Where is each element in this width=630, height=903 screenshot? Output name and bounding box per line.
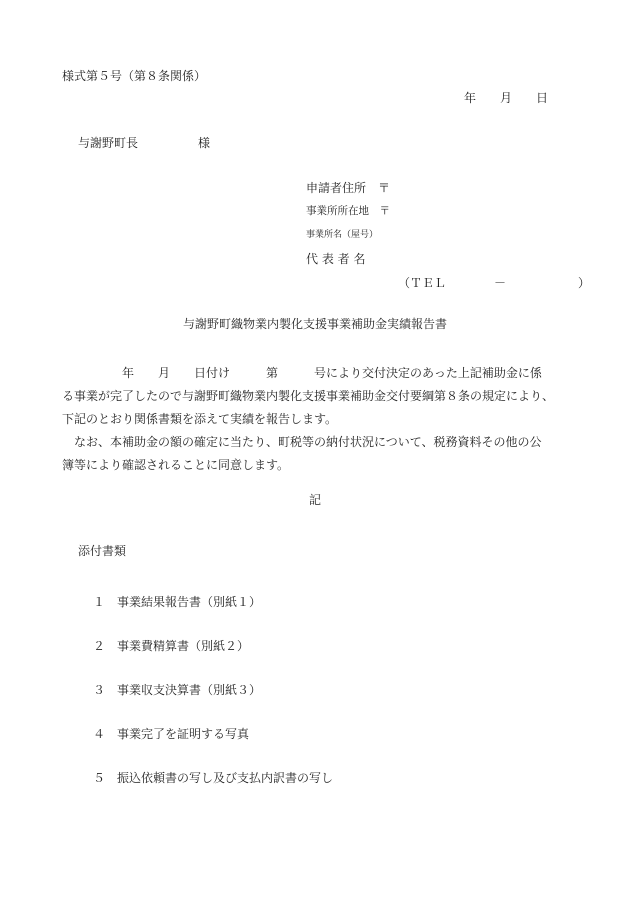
item-number: １ [93, 592, 117, 612]
list-item: ２事業費精算書（別紙２） [93, 636, 333, 656]
item-label: 事業結果報告書（別紙１） [117, 595, 261, 609]
body-paragraph: 年 月 日付け 第 号により交付決定のあった上記補助金に係 る事業が完了したので… [62, 362, 582, 477]
body-line: なお、本補助金の額の確定に当たり、町税等の納付状況について、税務資料その他の公 [62, 431, 582, 454]
date-line: 年 月 日 [464, 92, 548, 104]
attachments-list: １事業結果報告書（別紙１） ２事業費精算書（別紙２） ３事業収支決算書（別紙３）… [93, 568, 333, 800]
item-number: ４ [93, 724, 117, 744]
list-item: ３事業収支決算書（別紙３） [93, 680, 333, 700]
attachments-heading: 添付書類 [78, 545, 126, 557]
list-item: ４事業完了を証明する写真 [93, 724, 333, 744]
list-item: １事業結果報告書（別紙１） [93, 592, 333, 612]
body-line: 下記のとおり関係書類を添えて実績を報告します。 [62, 408, 582, 431]
applicant-address-label: 申請者住所 〒 [306, 182, 390, 194]
ki-heading: 記 [0, 494, 630, 506]
office-location-label: 事業所所在地 〒 [306, 206, 390, 217]
item-label: 事業収支決算書（別紙３） [117, 683, 261, 697]
item-label: 事業費精算書（別紙２） [117, 639, 249, 653]
item-number: ５ [93, 768, 117, 788]
representative-label: 代 表 者 名 [306, 253, 365, 265]
item-number: ３ [93, 680, 117, 700]
addressee: 与謝野町長 様 [78, 137, 210, 149]
list-item: ５振込依頼書の写し及び支払内訳書の写し [93, 768, 333, 788]
body-line: 簿等により確認されることに同意します。 [62, 454, 582, 477]
body-line: 年 月 日付け 第 号により交付決定のあった上記補助金に係 [62, 362, 582, 385]
item-label: 事業完了を証明する写真 [117, 727, 249, 741]
tel-line: （ＴＥＬ － ） [398, 277, 590, 289]
office-name-label: 事業所名（屋号） [306, 231, 378, 240]
body-line: る事業が完了したので与謝野町織物業内製化支援事業補助金交付要綱第８条の規定により… [62, 385, 582, 408]
item-label: 振込依頼書の写し及び支払内訳書の写し [117, 771, 333, 785]
form-number: 様式第５号（第８条関係） [62, 70, 206, 82]
document-title: 与謝野町織物業内製化支援事業補助金実績報告書 [0, 318, 630, 330]
item-number: ２ [93, 636, 117, 656]
